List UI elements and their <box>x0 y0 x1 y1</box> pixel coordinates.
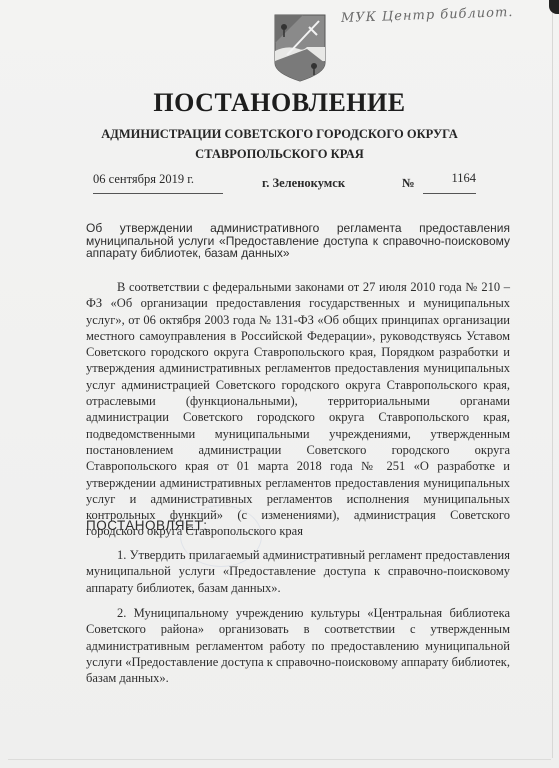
resolves-heading: ПОСТАНОВЛЯЕТ: <box>86 518 208 533</box>
document-page: МУК Центр библиот. ПОСТАНОВЛЕНИЕ АДМИНИС… <box>0 0 559 768</box>
coat-of-arms-icon <box>273 13 327 83</box>
scan-corner-mark <box>549 0 559 14</box>
number-sign: № <box>402 176 415 191</box>
issuer-line-1: АДМИНИСТРАЦИИ СОВЕТСКОГО ГОРОДСКОГО ОКРУ… <box>0 127 559 142</box>
issuer-line-2: СТАВРОПОЛЬСКОГО КРАЯ <box>0 147 559 162</box>
document-meta-row: 06 сентября 2019 г. г. Зеленокумск № 116… <box>0 168 559 198</box>
document-number: 1164 <box>423 171 476 194</box>
document-subject: Об утверждении административного регламе… <box>86 222 510 260</box>
document-date: 06 сентября 2019 г. <box>93 172 223 194</box>
page-edge-bottom <box>8 759 551 760</box>
resolution-item-2: 2. Муниципальному учреждению культуры «Ц… <box>86 605 510 686</box>
preamble-paragraph: В соответствии с федеральными законами о… <box>86 279 510 540</box>
document-title: ПОСТАНОВЛЕНИЕ <box>0 88 559 118</box>
handwritten-note: МУК Центр библиот. <box>341 5 514 26</box>
resolution-item-1: 1. Утвердить прилагаемый административны… <box>86 547 510 596</box>
document-city: г. Зеленокумск <box>262 176 345 191</box>
page-edge-right <box>552 10 553 758</box>
